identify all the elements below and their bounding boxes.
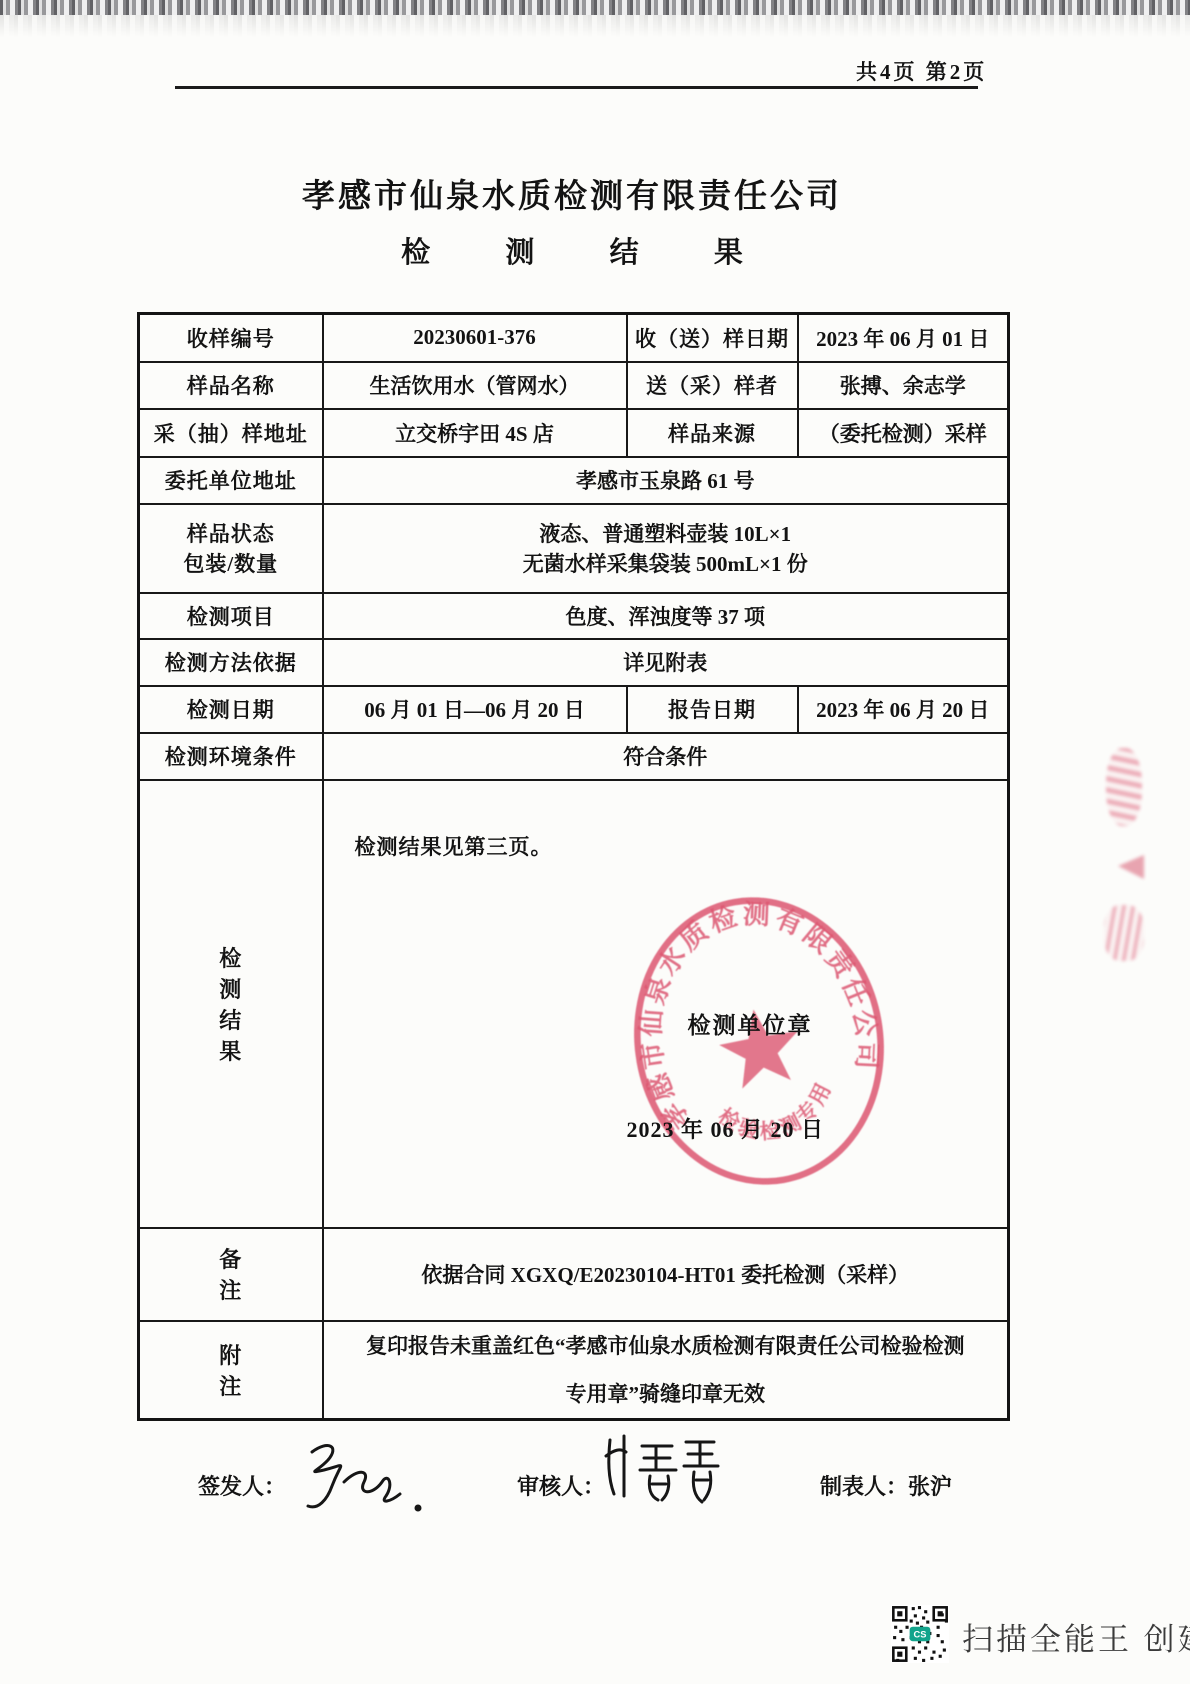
table-row: 采（抽）样地址 立交桥宇田 4S 店 样品来源 （委托检测）采样 [139, 409, 1009, 457]
seal-svg: 孝感市仙泉水质检测有限责任公司 检验检测专用章 [602, 870, 914, 1211]
preparer-label: 制表人：张沪 [820, 1470, 952, 1501]
field-value-sample-no: 20230601-376 [323, 314, 627, 362]
sample-state-value: 液态、普通塑料壶装 10L×1 [324, 518, 1008, 548]
field-value-environment: 符合条件 [323, 733, 1009, 780]
results-label-char: 检 [219, 942, 242, 973]
field-value-receive-date: 2023 年 06 月 01 日 [798, 314, 1009, 362]
field-label-sampling-address: 采（抽）样地址 [139, 409, 323, 457]
header-rule [175, 86, 978, 89]
field-value-client-address: 孝感市玉泉路 61 号 [323, 457, 1009, 504]
field-value-sampler: 张搏、余志学 [798, 362, 1009, 409]
seal-ring [615, 881, 902, 1201]
results-label-char: 测 [219, 973, 242, 1004]
field-label-sampler: 送（采）样者 [627, 362, 798, 409]
results-content-cell: 检测结果见第三页。 孝感市仙泉水质检测有限责任公司 检验检测专用章 [323, 780, 1009, 1228]
field-label-test-method: 检测方法依据 [139, 639, 323, 686]
issuer-label: 签发人： [198, 1470, 286, 1501]
report-title: 检 测 结 果 [137, 230, 1007, 271]
table-row: 委托单位地址 孝感市玉泉路 61 号 [139, 457, 1009, 504]
field-label-sample-source: 样品来源 [627, 409, 798, 457]
table-row-remarks: 备 注 依据合同 XGXQ/E20230104-HT01 委托检测（采样） [139, 1228, 1009, 1321]
field-value-report-date: 2023 年 06 月 20 日 [798, 686, 1009, 733]
preparer-label-text: 制表人： [820, 1474, 908, 1499]
field-label-receive-date: 收（送）样日期 [627, 314, 798, 362]
reviewer-signature [598, 1426, 728, 1518]
qr-code: CS [891, 1605, 949, 1663]
table-row: 样品状态 包装/数量 液态、普通塑料壶装 10L×1 无菌水样采集袋装 500m… [139, 504, 1009, 593]
field-label-environment: 检测环境条件 [139, 733, 323, 780]
field-value-sample-name: 生活饮用水（管网水） [323, 362, 627, 409]
remarks-label: 备 注 [139, 1228, 323, 1321]
field-label-client-address: 委托单位地址 [139, 457, 323, 504]
table-row-appendix-note: 附 注 复印报告未重盖红色“孝感市仙泉水质检测有限责任公司检验检测 专用章”骑缝… [139, 1321, 1009, 1420]
scan-noise-band [0, 0, 1190, 15]
appendix-note-value: 复印报告未重盖红色“孝感市仙泉水质检测有限责任公司检验检测 专用章”骑缝印章无效 [323, 1321, 1009, 1420]
remarks-label-char: 注 [219, 1274, 242, 1305]
scan-noise-fade [0, 15, 1190, 37]
field-label-test-date: 检测日期 [139, 686, 323, 733]
report-table: 收样编号 20230601-376 收（送）样日期 2023 年 06 月 01… [137, 312, 1010, 1421]
field-value-test-items: 色度、浑浊度等 37 项 [323, 593, 1009, 639]
field-label-sample-name: 样品名称 [139, 362, 323, 409]
field-label-report-date: 报告日期 [627, 686, 798, 733]
field-value-sample-source: （委托检测）采样 [798, 409, 1009, 457]
preparer-name: 张沪 [908, 1474, 952, 1499]
field-value-test-date: 06 月 01 日—06 月 20 日 [323, 686, 627, 733]
field-label-test-items: 检测项目 [139, 593, 323, 639]
results-section-label: 检 测 结 果 [139, 780, 323, 1228]
appendix-note-label: 附 注 [139, 1321, 323, 1420]
table-row: 检测日期 06 月 01 日—06 月 20 日 报告日期 2023 年 06 … [139, 686, 1009, 733]
remarks-label-char: 备 [219, 1243, 242, 1274]
field-value-sample-state: 液态、普通塑料壶装 10L×1 无菌水样采集袋装 500mL×1 份 [323, 504, 1009, 593]
company-seal-stamp: 孝感市仙泉水质检测有限责任公司 检验检测专用章 [602, 870, 914, 1211]
issuer-signature [278, 1438, 438, 1523]
pagination: 共4页 第2页 [856, 56, 987, 86]
camscanner-badge-text: CS [914, 1630, 927, 1640]
seal-caption: 检测单位章 [688, 1007, 813, 1040]
appendix-label-char: 附 [219, 1339, 242, 1370]
edge-seal-fragment [1104, 905, 1144, 961]
field-value-sampling-address: 立交桥宇田 4S 店 [323, 409, 627, 457]
edge-seal-fragment-triangle [1118, 855, 1144, 879]
appendix-label-char: 注 [219, 1370, 242, 1401]
table-row: 样品名称 生活饮用水（管网水） 送（采）样者 张搏、余志学 [139, 362, 1009, 409]
reviewer-label: 审核人： [517, 1470, 605, 1501]
table-row: 检测方法依据 详见附表 [139, 639, 1009, 686]
packaging-qty-value: 无菌水样采集袋装 500mL×1 份 [324, 548, 1008, 578]
table-row: 收样编号 20230601-376 收（送）样日期 2023 年 06 月 01… [139, 314, 1009, 362]
results-label-char: 果 [219, 1035, 242, 1066]
camscanner-caption: 扫描全能王 创建 [962, 1614, 1190, 1659]
edge-seal-fragment [1106, 748, 1142, 826]
table-row-results: 检 测 结 果 检测结果见第三页。 孝感市仙泉水质检测有限责任公司 [139, 780, 1009, 1228]
appendix-note-line1: 复印报告未重盖红色“孝感市仙泉水质检测有限责任公司检验检测 [324, 1322, 1008, 1370]
sample-state-label: 样品状态 [140, 518, 322, 548]
field-label-sample-no: 收样编号 [139, 314, 323, 362]
seal-date: 2023 年 06 月 20 日 [627, 1113, 825, 1144]
packaging-qty-label: 包装/数量 [140, 548, 322, 578]
remarks-value: 依据合同 XGXQ/E20230104-HT01 委托检测（采样） [323, 1228, 1009, 1321]
field-value-test-method: 详见附表 [323, 639, 1009, 686]
table-row: 检测环境条件 符合条件 [139, 733, 1009, 780]
results-label-char: 结 [219, 1004, 242, 1035]
field-label-sample-state: 样品状态 包装/数量 [139, 504, 323, 593]
appendix-note-line2: 专用章”骑缝印章无效 [324, 1370, 1008, 1418]
table-row: 检测项目 色度、浑浊度等 37 项 [139, 593, 1009, 639]
company-title: 孝感市仙泉水质检测有限责任公司 [137, 170, 1007, 217]
results-note: 检测结果见第三页。 [355, 831, 553, 861]
